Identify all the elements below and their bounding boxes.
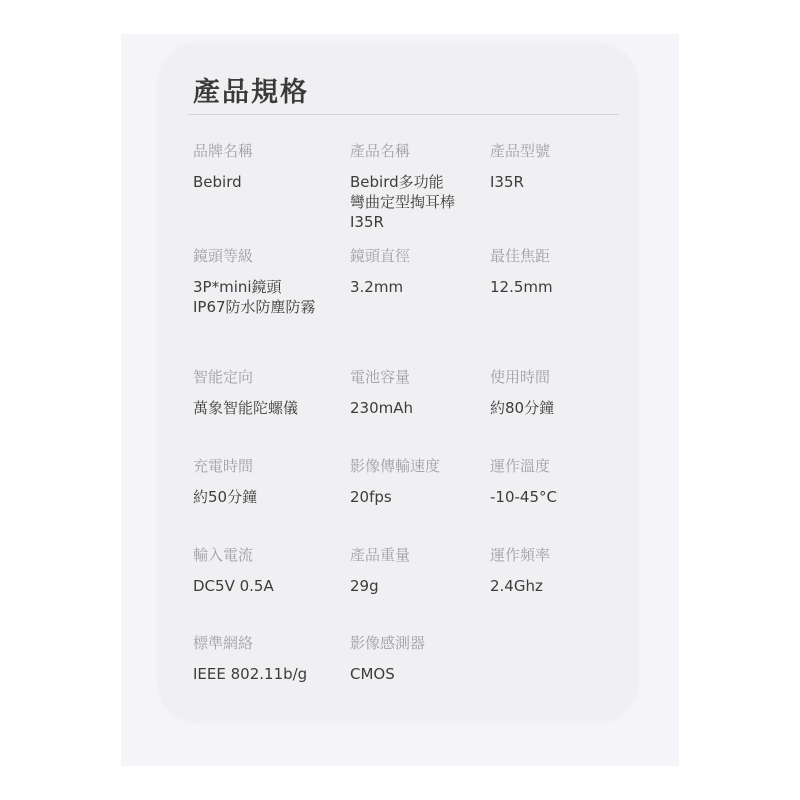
spec-product-name: 產品名稱 Bebird多功能 彎曲定型掏耳棒 I35R (350, 141, 455, 232)
spec-label: 輸入電流 (193, 545, 274, 565)
spec-value: 230mAh (350, 398, 413, 418)
spec-label: 鏡頭等級 (193, 246, 316, 266)
spec-frame-rate: 影像傳輸速度 20fps (350, 456, 440, 507)
spec-value: CMOS (350, 664, 425, 684)
spec-value: 12.5mm (490, 277, 553, 297)
spec-label: 充電時間 (193, 456, 257, 476)
title-divider (188, 114, 619, 115)
spec-label: 智能定向 (193, 367, 298, 387)
spec-weight: 產品重量 29g (350, 545, 410, 596)
spec-value: 約50分鐘 (193, 487, 257, 507)
spec-value: Bebird (193, 172, 253, 192)
spec-value: 萬象智能陀螺儀 (193, 398, 298, 418)
spec-label: 電池容量 (350, 367, 413, 387)
spec-operating-temp: 運作溫度 -10-45°C (490, 456, 557, 507)
spec-value: 20fps (350, 487, 440, 507)
spec-label: 品牌名稱 (193, 141, 253, 161)
page-title: 產品規格 (193, 70, 309, 109)
spec-value: 約80分鐘 (490, 398, 554, 418)
spec-lens-grade: 鏡頭等級 3P*mini鏡頭 IP67防水防塵防霧 (193, 246, 316, 317)
spec-frequency: 運作頻率 2.4Ghz (490, 545, 550, 596)
spec-label: 使用時間 (490, 367, 554, 387)
spec-label: 產品重量 (350, 545, 410, 565)
spec-label: 影像感測器 (350, 633, 425, 653)
spec-value: 3.2mm (350, 277, 410, 297)
spec-charge-time: 充電時間 約50分鐘 (193, 456, 257, 507)
spec-label: 產品名稱 (350, 141, 455, 161)
spec-value: DC5V 0.5A (193, 576, 274, 596)
spec-value: 29g (350, 576, 410, 596)
spec-value: -10-45°C (490, 487, 557, 507)
spec-value: Bebird多功能 彎曲定型掏耳棒 I35R (350, 172, 455, 232)
spec-card: 產品規格 品牌名稱 Bebird 產品名稱 Bebird多功能 彎曲定型掏耳棒 … (158, 44, 638, 722)
spec-network-standard: 標準網絡 IEEE 802.11b/g (193, 633, 307, 684)
spec-label: 運作頻率 (490, 545, 550, 565)
spec-image-sensor: 影像感測器 CMOS (350, 633, 425, 684)
spec-value: 2.4Ghz (490, 576, 550, 596)
spec-battery: 電池容量 230mAh (350, 367, 413, 418)
spec-label: 運作溫度 (490, 456, 557, 476)
spec-focal-distance: 最佳焦距 12.5mm (490, 246, 553, 297)
spec-label: 產品型號 (490, 141, 550, 161)
spec-label: 最佳焦距 (490, 246, 553, 266)
spec-model: 產品型號 I35R (490, 141, 550, 192)
spec-input-current: 輸入電流 DC5V 0.5A (193, 545, 274, 596)
spec-value: I35R (490, 172, 550, 192)
spec-lens-diameter: 鏡頭直徑 3.2mm (350, 246, 410, 297)
spec-value: 3P*mini鏡頭 IP67防水防塵防霧 (193, 277, 316, 317)
spec-usage-time: 使用時間 約80分鐘 (490, 367, 554, 418)
spec-brand: 品牌名稱 Bebird (193, 141, 253, 192)
spec-value: IEEE 802.11b/g (193, 664, 307, 684)
spec-orientation: 智能定向 萬象智能陀螺儀 (193, 367, 298, 418)
spec-label: 標準網絡 (193, 633, 307, 653)
spec-label: 影像傳輸速度 (350, 456, 440, 476)
spec-label: 鏡頭直徑 (350, 246, 410, 266)
